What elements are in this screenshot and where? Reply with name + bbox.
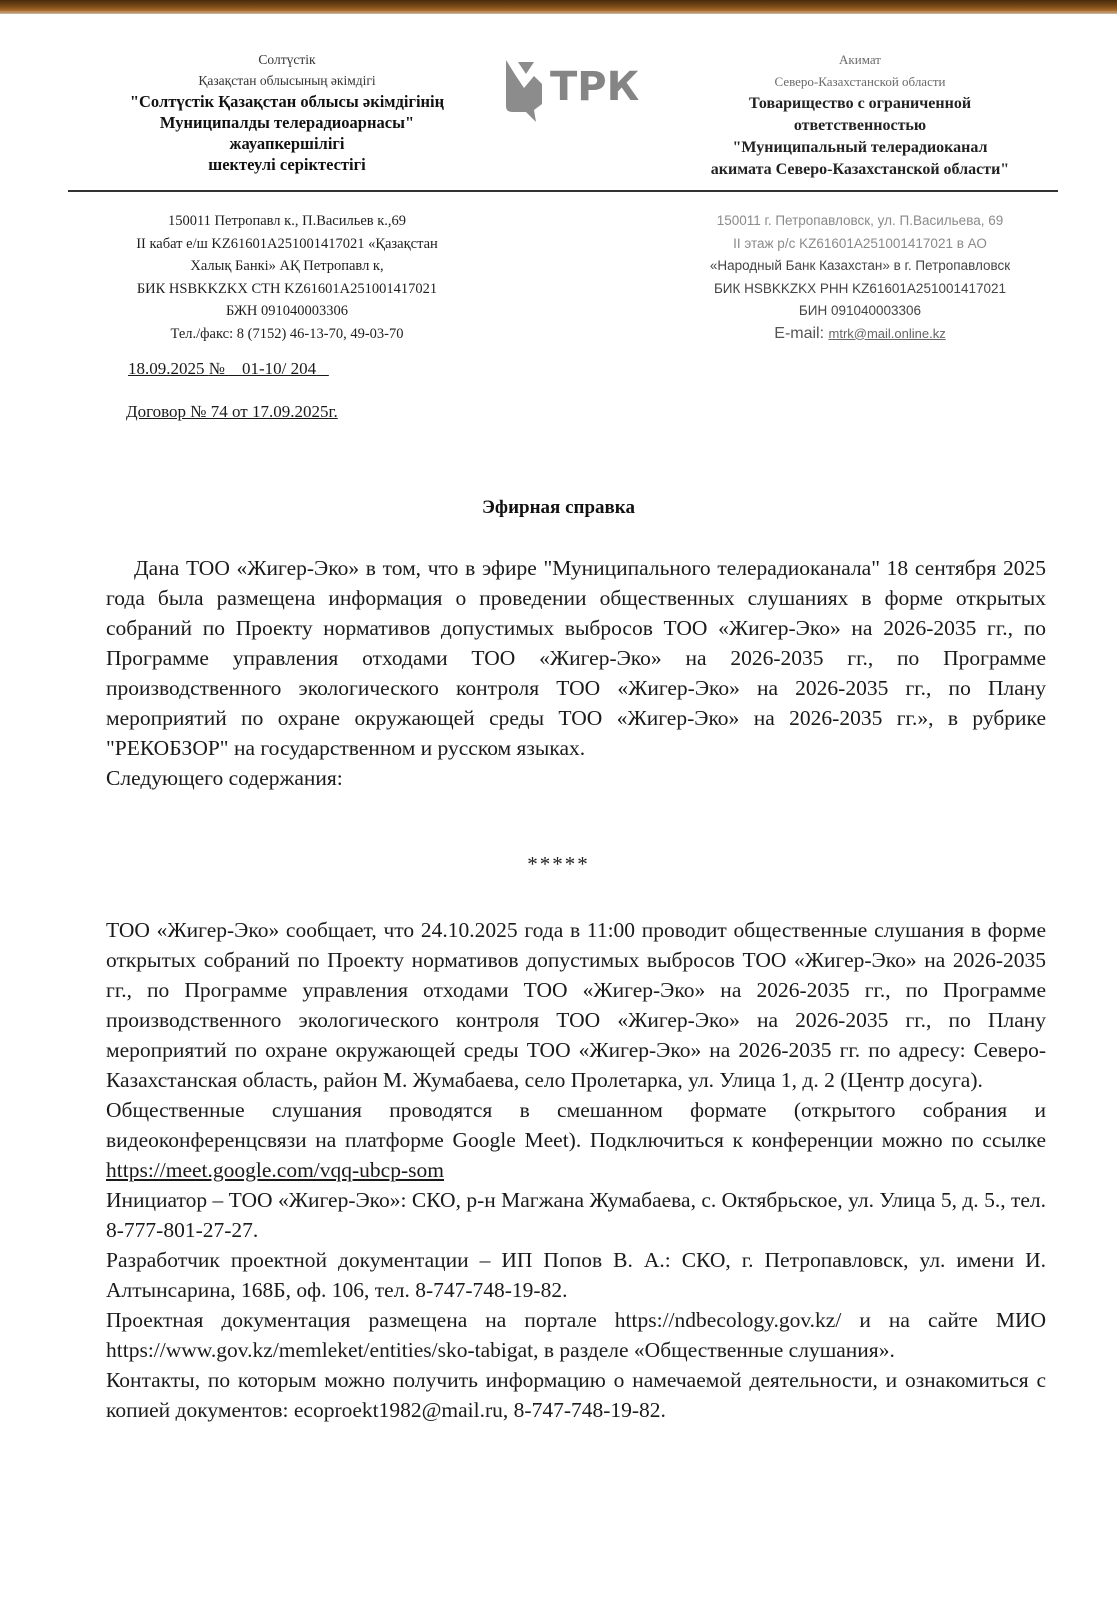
background-wood-edge [0,0,1117,14]
document-title: Эфирная справка [0,497,1117,519]
header-right-line: Северо-Казахстанской области [650,71,1070,93]
requisite-account: II этаж р/с KZ61601A251001417021 в АО [655,233,1065,256]
header-right-line: акимата Северо-Казахстанской области" [650,159,1070,181]
requisite-bik: БИК HSBKKZKX РНН KZ61601A251001417021 [655,278,1065,301]
header-left-line: жауапкершілігі [72,133,502,154]
header-left-line: Қазақстан облысының әкімдігі [72,70,502,91]
announcement-main: ТОО «Жигер-Эко» сообщает, что 24.10.2025… [106,915,1046,1095]
email-link[interactable]: mtrk@mail.online.kz [829,326,946,341]
announcement-contacts: Контакты, по которым можно получить инфо… [106,1365,1046,1425]
requisite-email: E-mail: mtrk@mail.online.kz [655,323,1065,346]
header-right-line: ответственностью [650,115,1070,137]
requisite-bik: БИК HSBKKZKX СТН KZ61601A251001417021 [72,278,502,301]
header-left-line: "Солтүстік Қазақстан облысы әкімдігінің [72,91,502,112]
contract-reference: Договор № 74 от 17.09.2025г. [126,402,338,422]
format-text: Общественные слушания проводятся в смеша… [106,1098,1046,1152]
header-left-kazakh: Солтүстік Қазақстан облысының әкімдігі "… [72,49,502,175]
header-left-line: Солтүстік [72,49,502,70]
email-label: E-mail: [774,325,828,342]
header-left-line: шектеулі серіктестігі [72,154,502,175]
requisites-left: 150011 Петропавл к., П.Васильев к.,69 ІІ… [72,210,502,345]
announcement-docs: Проектная документация размещена на порт… [106,1305,1046,1365]
meet-link[interactable]: https://meet.google.com/vqq-ubcp-som [106,1158,444,1182]
header-divider [68,190,1058,192]
requisite-phone: Тел./факс: 8 (7152) 46-13-70, 49-03-70 [72,323,502,346]
reference-number-sign: № [209,359,225,378]
mtrk-logo: ТРК [500,54,665,124]
announcement-initiator: Инициатор – ТОО «Жигер-Эко»: СКО, р-н Ма… [106,1185,1046,1245]
requisite-address: 150011 Петропавл к., П.Васильев к.,69 [72,210,502,233]
separator-stars: ***** [0,852,1117,877]
svg-text:ТРК: ТРК [550,64,640,110]
outgoing-reference: 18.09.2025 № 01-10/ 204 [128,359,329,379]
header-left-line: Муниципалды телерадиоарнасы" [72,112,502,133]
announcement-format: Общественные слушания проводятся в смеша… [106,1095,1046,1185]
header-right-line: Акимат [650,49,1070,71]
announcement-section: ТОО «Жигер-Эко» сообщает, что 24.10.2025… [106,915,1046,1425]
header-right-line: Товарищество с ограниченной [650,93,1070,115]
requisites-right: 150011 г. Петропавловск, ул. П.Васильева… [655,210,1065,345]
header-right-russian: Акимат Северо-Казахстанской области Това… [650,49,1070,181]
reference-date: 18.09.2025 [128,359,205,378]
announcement-developer: Разработчик проектной документации – ИП … [106,1245,1046,1305]
requisite-bin: БИН 091040003306 [655,300,1065,323]
intro-paragraph: Дана ТОО «Жигер-Эко» в том, что в эфире … [106,553,1046,763]
requisite-bin: БЖН 091040003306 [72,300,502,323]
intro-section: Дана ТОО «Жигер-Эко» в том, что в эфире … [106,553,1046,793]
mtrk-logo-icon: ТРК [500,54,665,124]
intro-following: Следующего содержания: [106,763,1046,793]
requisite-address: 150011 г. Петропавловск, ул. П.Васильева… [655,210,1065,233]
letter-page: Солтүстік Қазақстан облысының әкімдігі "… [0,14,1117,1600]
reference-number: 01-10/ 204 [242,359,316,378]
header-right-line: "Муниципальный телерадиоканал [650,137,1070,159]
requisite-bank: «Народный Банк Казахстан» в г. Петропавл… [655,255,1065,278]
requisite-bank: Халық Банкі» АҚ Петропавл к, [72,255,502,278]
requisite-account: ІІ кабат е/ш KZ61601A251001417021 «Қазақ… [72,233,502,256]
